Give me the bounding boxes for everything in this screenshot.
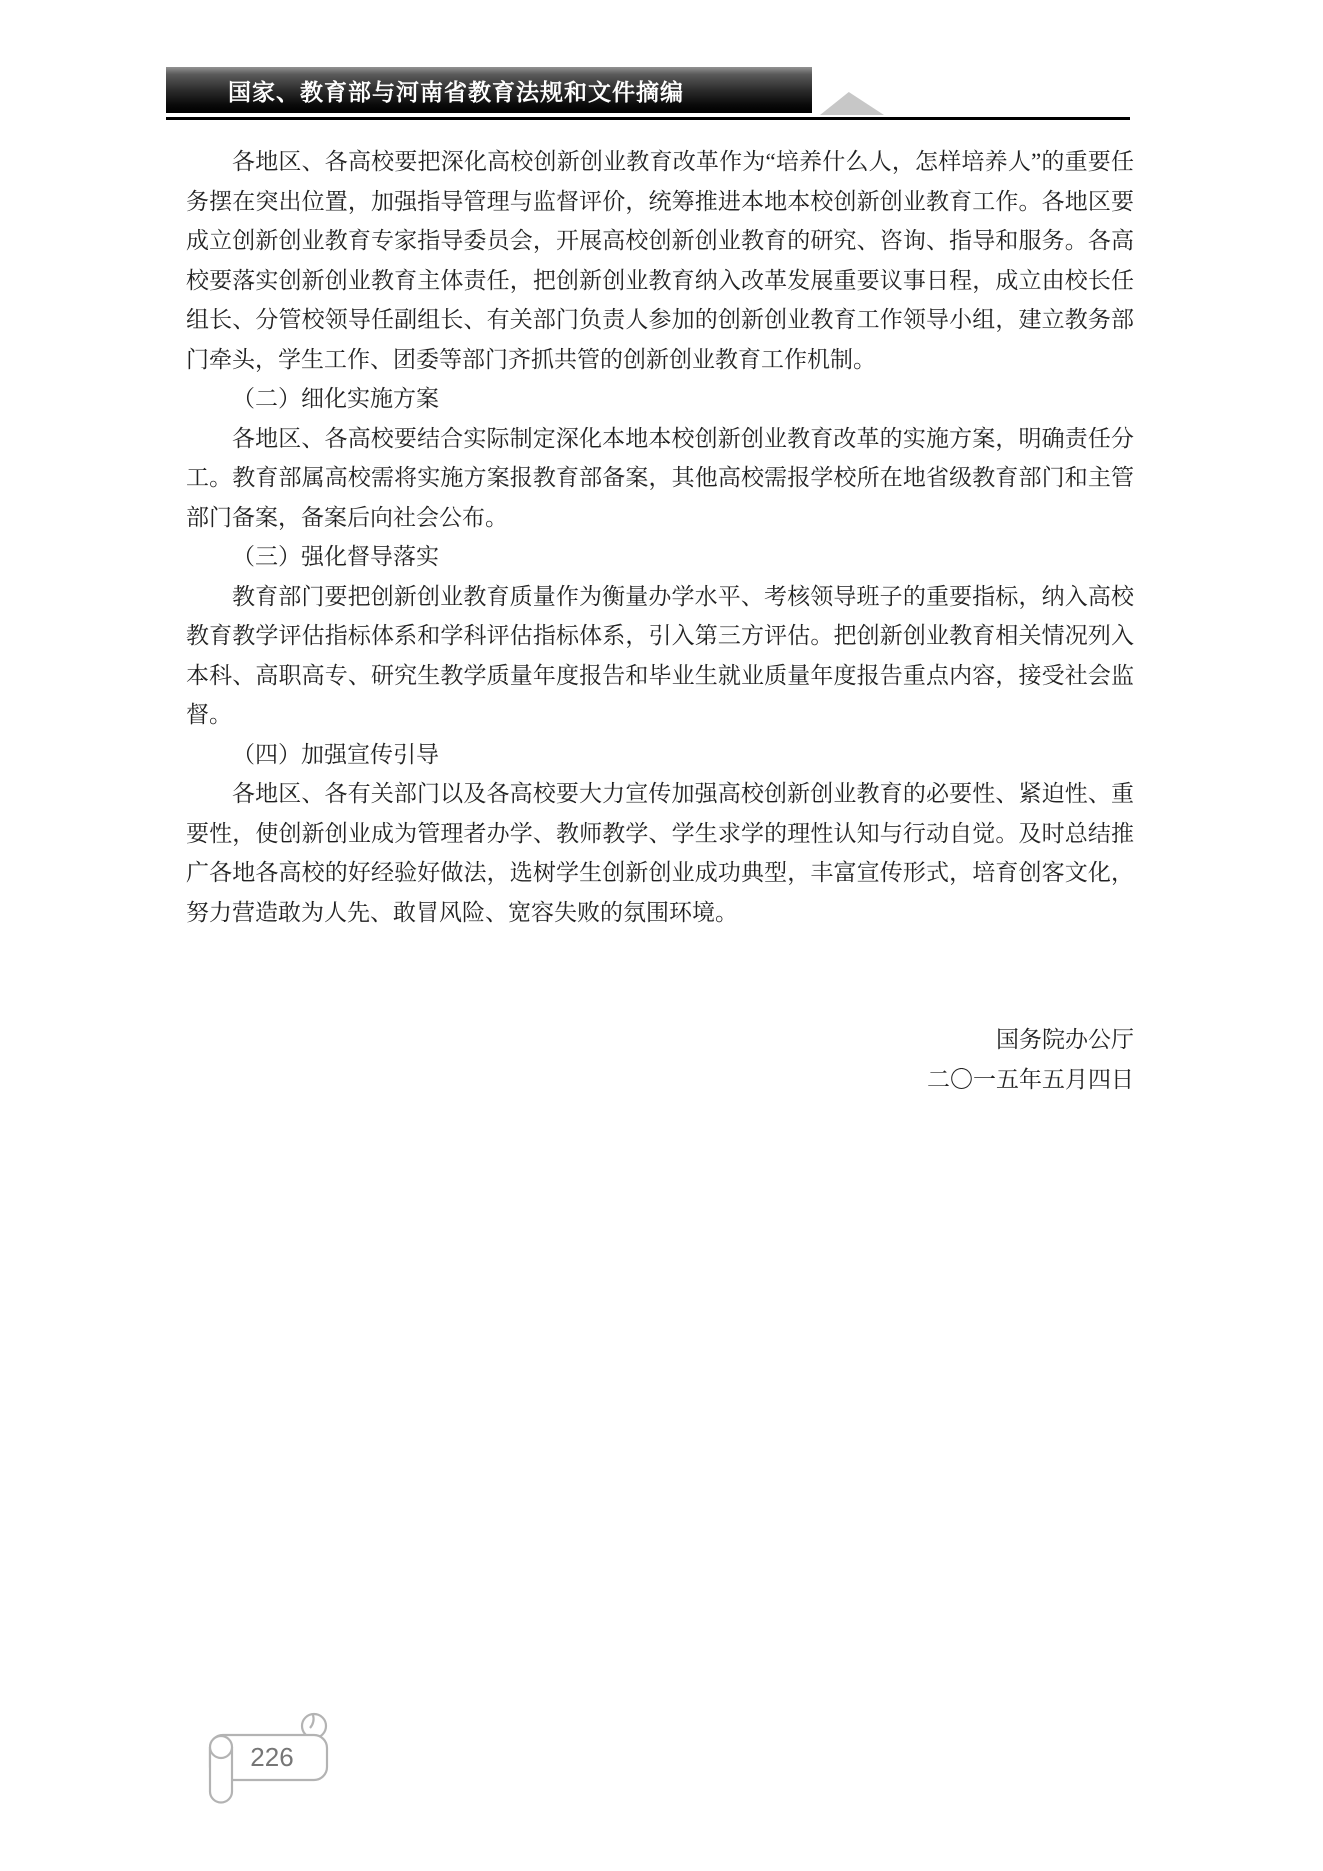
document-body: 各地区、各高校要把深化高校创新创业教育改革作为“培养什么人，怎样培养人”的重要任…: [186, 142, 1134, 1100]
body-paragraph: 各地区、各高校要把深化高校创新创业教育改革作为“培养什么人，怎样培养人”的重要任…: [186, 142, 1134, 379]
banner-arrow-icon: [820, 92, 884, 115]
body-paragraph: 各地区、各有关部门以及各高校要大力宣传加强高校创新创业教育的必要性、紧迫性、重要…: [186, 774, 1134, 932]
section-heading: （二）细化实施方案: [186, 379, 1134, 419]
section-heading: （四）加强宣传引导: [186, 735, 1134, 775]
scroll-banner-icon: 226: [198, 1706, 344, 1814]
scroll-roll-end: [210, 1736, 232, 1758]
body-paragraph: 各地区、各高校要结合实际制定深化本地本校创新创业教育改革的实施方案，明确责任分工…: [186, 419, 1134, 538]
body-paragraph: 教育部门要把创新创业教育质量作为衡量办学水平、考核领导班子的重要指标，纳入高校教…: [186, 577, 1134, 735]
page-number: 226: [250, 1742, 293, 1772]
document-page: 国家、教育部与河南省教育法规和文件摘编 各地区、各高校要把深化高校创新创业教育改…: [0, 0, 1323, 1871]
signature-date: 二〇一五年五月四日: [186, 1060, 1134, 1100]
header-rule: [166, 117, 1130, 120]
header-banner: 国家、教育部与河南省教育法规和文件摘编: [166, 67, 812, 113]
signature-block: 国务院办公厅 二〇一五年五月四日: [186, 1020, 1134, 1100]
signature-author: 国务院办公厅: [186, 1020, 1134, 1060]
section-heading: （三）强化督导落实: [186, 537, 1134, 577]
header-banner-title: 国家、教育部与河南省教育法规和文件摘编: [166, 74, 684, 107]
